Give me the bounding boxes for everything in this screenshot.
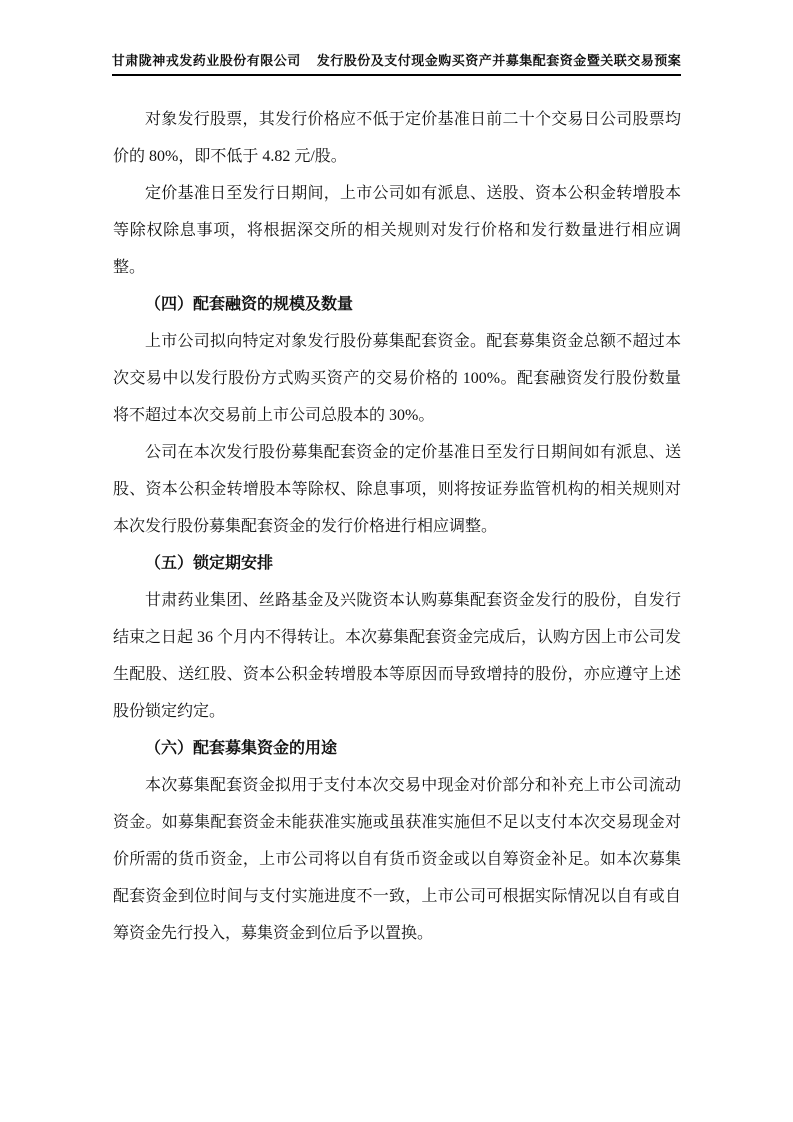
header-document-title: 发行股份及支付现金购买资产并募集配套资金暨关联交易预案 — [317, 53, 682, 68]
page-header: 甘肃陇神戎发药业股份有限公司发行股份及支付现金购买资产并募集配套资金暨关联交易预… — [0, 0, 793, 76]
header-company-name: 甘肃陇神戎发药业股份有限公司 — [112, 53, 301, 68]
section-heading-6-use-of-proceeds: （六）配套募集资金的用途 — [113, 730, 681, 767]
paragraph-lockup-terms: 甘肃药业集团、丝路基金及兴陇资本认购募集配套资金发行的股份，自发行结束之日起 3… — [113, 582, 681, 730]
page-header-rule: 甘肃陇神戎发药业股份有限公司发行股份及支付现金购买资产并募集配套资金暨关联交易预… — [112, 50, 682, 76]
section-heading-4-financing-scale: （四）配套融资的规模及数量 — [113, 286, 681, 323]
paragraph-financing-price-adjustment: 公司在本次发行股份募集配套资金的定价基准日至发行日期间如有派息、送股、资本公积金… — [113, 434, 681, 545]
document-page: 甘肃陇神戎发药业股份有限公司发行股份及支付现金购买资产并募集配套资金暨关联交易预… — [0, 0, 793, 1122]
section-heading-5-lockup-arrangement: （五）锁定期安排 — [113, 545, 681, 582]
document-body: 对象发行股票，其发行价格应不低于定价基准日前二十个交易日公司股票均价的 80%，… — [113, 101, 681, 952]
paragraph-use-of-proceeds: 本次募集配套资金拟用于支付本次交易中现金对价部分和补充上市公司流动资金。如募集配… — [113, 767, 681, 952]
paragraph-issue-price-floor: 对象发行股票，其发行价格应不低于定价基准日前二十个交易日公司股票均价的 80%，… — [113, 101, 681, 175]
paragraph-financing-scale: 上市公司拟向特定对象发行股份募集配套资金。配套募集资金总额不超过本次交易中以发行… — [113, 323, 681, 434]
paragraph-price-adjustment: 定价基准日至发行日期间，上市公司如有派息、送股、资本公积金转增股本等除权除息事项… — [113, 175, 681, 286]
